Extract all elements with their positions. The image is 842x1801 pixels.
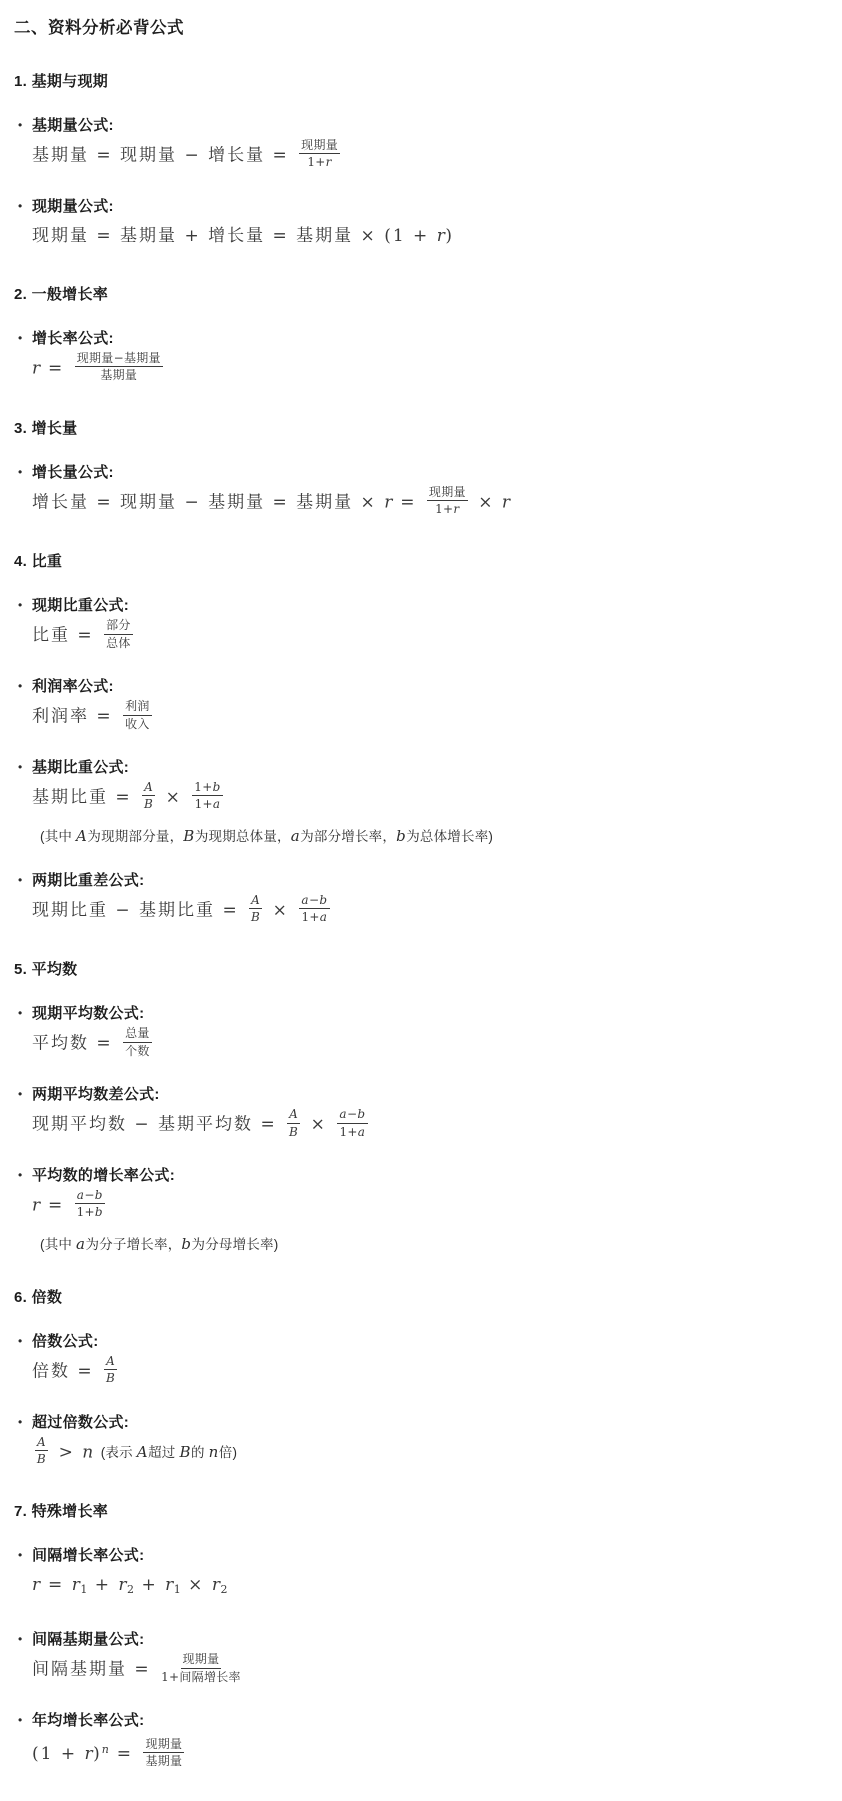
- formula-item-body: 两期平均数差公式:现期平均数 − 基期平均数 = AB × a−b1+a: [32, 1085, 822, 1141]
- math-variable: a: [291, 827, 300, 845]
- fraction-numerator: A: [287, 1107, 300, 1123]
- bullet-marker: •: [14, 1630, 32, 1649]
- fraction-numerator: 现期量: [299, 138, 340, 154]
- math-variable: r: [502, 492, 511, 512]
- math-variable: r: [32, 1575, 41, 1595]
- formula: 现期量 = 基期量 + 增长量 = 基期量 × (1 + r): [32, 221, 822, 251]
- item-label: 倍数公式:: [32, 1332, 822, 1351]
- math-subscript: 1: [174, 1583, 181, 1596]
- section-heading: 3. 增长量: [14, 417, 822, 438]
- item-label: 平均数的增长率公式:: [32, 1166, 822, 1185]
- math-variable: B: [144, 797, 153, 811]
- formula-item: •现期平均数公式:平均数 = 总量个数: [14, 1004, 822, 1060]
- formula: 间隔基期量 = 现期量1+间隔增长率: [32, 1654, 822, 1686]
- math-variable: b: [357, 1107, 365, 1121]
- math-variable: B: [251, 910, 260, 924]
- formula-item: •倍数公式:倍数 = AB: [14, 1332, 822, 1388]
- formula-item: •基期量公式:基期量 = 现期量 − 增长量 = 现期量1+r: [14, 116, 822, 172]
- fraction-numerator: A: [35, 1435, 48, 1451]
- math-variable: r: [118, 1575, 127, 1595]
- section: 6. 倍数•倍数公式:倍数 = AB•超过倍数公式:AB > n(表示 A超过 …: [14, 1286, 822, 1469]
- item-label: 基期比重公式:: [32, 758, 822, 777]
- item-note: (其中 A为现期部分量，B为现期总体量，a为部分增长率，b为总体增长率): [32, 827, 822, 846]
- section: 2. 一般增长率•增长率公式:r = 现期量−基期量基期量: [14, 283, 822, 385]
- section-heading: 6. 倍数: [14, 1286, 822, 1307]
- fraction-numerator: 1+b: [192, 780, 222, 796]
- formula-item: •超过倍数公式:AB > n(表示 A超过 B的 n倍): [14, 1413, 822, 1469]
- math-text: 利润率 =: [32, 707, 120, 727]
- formula: 倍数 = AB: [32, 1356, 822, 1388]
- fraction-numerator: A: [104, 1354, 117, 1370]
- formula-item-body: 间隔增长率公式:r = r1 + r2 + r1 × r2: [32, 1546, 822, 1605]
- fraction-numerator: 现期量: [143, 1737, 184, 1753]
- math-text: × r: [471, 492, 511, 512]
- item-label: 利润率公式:: [32, 677, 822, 696]
- formula-item-body: 倍数公式:倍数 = AB: [32, 1332, 822, 1388]
- math-text: r =: [32, 358, 72, 378]
- fraction: 部分总体: [104, 618, 133, 650]
- math-text: r =: [32, 1195, 72, 1215]
- section: 3. 增长量•增长量公式:增长量 = 现期量 − 基期量 = 基期量 × r =…: [14, 417, 822, 519]
- formula-item-body: 年均增长率公式:(1 + r)n = 现期量基期量: [32, 1711, 822, 1770]
- fraction-denominator: 总体: [106, 635, 131, 650]
- formula-item: •增长量公式:增长量 = 现期量 − 基期量 = 基期量 × r = 现期量1+…: [14, 463, 822, 519]
- fraction: 现期量基期量: [143, 1737, 184, 1769]
- item-label: 两期平均数差公式:: [32, 1085, 822, 1104]
- bullet-marker: •: [14, 758, 32, 777]
- formula-item: •间隔增长率公式:r = r1 + r2 + r1 × r2: [14, 1546, 822, 1605]
- math-variable: B: [37, 1452, 46, 1466]
- bullet-marker: •: [14, 1332, 32, 1351]
- item-label: 超过倍数公式:: [32, 1413, 822, 1432]
- formula-item: •利润率公式:利润率 = 利润收入: [14, 677, 822, 733]
- math-text: 间隔基期量 =: [32, 1660, 158, 1680]
- math-variable: a: [77, 1188, 85, 1202]
- section-heading: 5. 平均数: [14, 958, 822, 979]
- fraction-denominator: B: [289, 1124, 298, 1139]
- fraction: 现期量1+r: [299, 138, 340, 170]
- math-text: r = r: [32, 1575, 80, 1595]
- formula-item-body: 间隔基期量公式:间隔基期量 = 现期量1+间隔增长率: [32, 1630, 822, 1686]
- formula: 增长量 = 现期量 − 基期量 = 基期量 × r = 现期量1+r × r: [32, 487, 822, 519]
- fraction-denominator: 1+a: [195, 796, 221, 811]
- formula-item-body: 平均数的增长率公式:r = a−b1+b(其中 a为分子增长率，b为分母增长率): [32, 1166, 822, 1254]
- math-variable: a: [320, 910, 328, 924]
- fraction-denominator: 1+间隔增长率: [161, 1669, 241, 1684]
- math-text: ×: [158, 787, 189, 807]
- fraction: 现期量1+r: [427, 485, 468, 517]
- math-variable: A: [76, 827, 87, 845]
- formula: (1 + r)n = 现期量基期量: [32, 1735, 822, 1770]
- math-variable: n: [209, 1443, 219, 1461]
- bullet-marker: •: [14, 1004, 32, 1023]
- formula-item-body: 超过倍数公式:AB > n(表示 A超过 B的 n倍): [32, 1413, 822, 1469]
- fraction: 利润收入: [123, 699, 152, 731]
- math-variable: r: [326, 155, 332, 169]
- math-variable: A: [251, 893, 260, 907]
- fraction-denominator: 1+a: [301, 909, 327, 924]
- fraction-numerator: 现期量: [427, 485, 468, 501]
- math-variable: r: [165, 1575, 174, 1595]
- item-label: 基期量公式:: [32, 116, 822, 135]
- section-heading: 2. 一般增长率: [14, 283, 822, 304]
- fraction-denominator: 1+b: [77, 1204, 103, 1219]
- bullet-marker: •: [14, 1085, 32, 1104]
- formula-item-body: 增长量公式:增长量 = 现期量 − 基期量 = 基期量 × r = 现期量1+r…: [32, 463, 822, 519]
- math-variable: r: [437, 226, 446, 246]
- fraction-denominator: 基期量: [100, 367, 137, 382]
- fraction-numerator: 现期量: [181, 1652, 222, 1668]
- formula: r = r1 + r2 + r1 × r2: [32, 1570, 822, 1605]
- math-variable: n: [82, 1442, 93, 1462]
- math-variable: A: [289, 1107, 298, 1121]
- math-variable: a: [339, 1107, 347, 1121]
- formula-item: •间隔基期量公式:间隔基期量 = 现期量1+间隔增长率: [14, 1630, 822, 1686]
- fraction: 总量个数: [123, 1026, 152, 1058]
- bullet-marker: •: [14, 1413, 32, 1432]
- math-text: 现期量 = 基期量 + 增长量 = 基期量 × (1 + r): [32, 226, 454, 246]
- formula-item-body: 现期比重公式:比重 = 部分总体: [32, 596, 822, 652]
- math-variable: b: [213, 780, 221, 794]
- math-text: × r: [181, 1575, 221, 1595]
- bullet-marker: •: [14, 871, 32, 890]
- fraction-denominator: 1+r: [307, 154, 332, 169]
- item-label: 现期平均数公式:: [32, 1004, 822, 1023]
- formula: r = 现期量−基期量基期量: [32, 353, 822, 385]
- math-subscript: 2: [127, 1583, 134, 1596]
- item-label: 间隔基期量公式:: [32, 1630, 822, 1649]
- fraction-numerator: 总量: [123, 1026, 152, 1042]
- formula: 利润率 = 利润收入: [32, 701, 822, 733]
- fraction-denominator: B: [37, 1451, 46, 1466]
- fraction-denominator: 收入: [125, 716, 150, 731]
- math-variable: B: [179, 1443, 191, 1461]
- math-variable: a: [358, 1125, 366, 1139]
- formula-item-body: 基期量公式:基期量 = 现期量 − 增长量 = 现期量1+r: [32, 116, 822, 172]
- math-variable: b: [319, 893, 327, 907]
- math-text: 基期量 = 现期量 − 增长量 =: [32, 145, 296, 165]
- math-text: (1 + r): [32, 1744, 102, 1764]
- fraction: AB: [35, 1435, 48, 1467]
- section: 5. 平均数•现期平均数公式:平均数 = 总量个数•两期平均数差公式:现期平均数…: [14, 958, 822, 1253]
- math-variable: r: [384, 492, 393, 512]
- fraction-numerator: A: [142, 780, 155, 796]
- bullet-marker: •: [14, 677, 32, 696]
- math-variable: b: [181, 1235, 191, 1253]
- math-variable: b: [396, 827, 406, 845]
- bullet-marker: •: [14, 1711, 32, 1730]
- formula: AB > n(表示 A超过 B的 n倍): [32, 1437, 822, 1469]
- fraction-denominator: 基期量: [145, 1753, 182, 1768]
- bullet-marker: •: [14, 116, 32, 135]
- fraction: AB: [142, 780, 155, 812]
- fraction-numerator: a−b: [337, 1107, 367, 1123]
- fraction: 现期量1+间隔增长率: [161, 1652, 241, 1684]
- bullet-marker: •: [14, 1546, 32, 1565]
- math-text: =: [109, 1744, 140, 1764]
- item-label: 现期量公式:: [32, 197, 822, 216]
- formula-item-body: 现期平均数公式:平均数 = 总量个数: [32, 1004, 822, 1060]
- item-label: 年均增长率公式:: [32, 1711, 822, 1730]
- page-title: 二、资料分析必背公式: [14, 14, 822, 38]
- fraction: 现期量−基期量基期量: [75, 351, 163, 383]
- formula-item-body: 两期比重差公式:现期比重 − 基期比重 = AB × a−b1+a: [32, 871, 822, 927]
- fraction-numerator: 部分: [104, 618, 133, 634]
- formula-item-body: 增长率公式:r = 现期量−基期量基期量: [32, 329, 822, 385]
- math-variable: b: [95, 1188, 103, 1202]
- fraction: AB: [287, 1107, 300, 1139]
- formula-item: •年均增长率公式:(1 + r)n = 现期量基期量: [14, 1711, 822, 1770]
- math-variable: A: [37, 1435, 46, 1449]
- math-variable: a: [213, 797, 221, 811]
- bullet-marker: •: [14, 596, 32, 615]
- formula: 现期平均数 − 基期平均数 = AB × a−b1+a: [32, 1109, 822, 1141]
- fraction-denominator: 个数: [125, 1043, 150, 1058]
- math-text: + r: [87, 1575, 127, 1595]
- item-note: (其中 a为分子增长率，b为分母增长率): [32, 1235, 822, 1254]
- bullet-marker: •: [14, 197, 32, 216]
- math-variable: B: [183, 827, 195, 845]
- formula: 平均数 = 总量个数: [32, 1028, 822, 1060]
- formula-item: •现期比重公式:比重 = 部分总体: [14, 596, 822, 652]
- math-text: 平均数 =: [32, 1034, 120, 1054]
- math-text: 比重 =: [32, 626, 101, 646]
- section: 7. 特殊增长率•间隔增长率公式:r = r1 + r2 + r1 × r2•间…: [14, 1500, 822, 1770]
- formula-item: •平均数的增长率公式:r = a−b1+b(其中 a为分子增长率，b为分母增长率…: [14, 1166, 822, 1254]
- math-variable: B: [106, 1371, 115, 1385]
- formula-item: •现期量公式:现期量 = 基期量 + 增长量 = 基期量 × (1 + r): [14, 197, 822, 251]
- fraction-denominator: 1+r: [435, 501, 460, 516]
- math-variable: B: [289, 1125, 298, 1139]
- formula-item-body: 基期比重公式:基期比重 = AB × 1+b1+a(其中 A为现期部分量，B为现…: [32, 758, 822, 846]
- item-label: 现期比重公式:: [32, 596, 822, 615]
- math-variable: A: [144, 780, 153, 794]
- formula-item: •增长率公式:r = 现期量−基期量基期量: [14, 329, 822, 385]
- fraction-numerator: a−b: [75, 1188, 105, 1204]
- fraction: AB: [249, 893, 262, 925]
- item-label: 两期比重差公式:: [32, 871, 822, 890]
- formula-item-body: 现期量公式:现期量 = 基期量 + 增长量 = 基期量 × (1 + r): [32, 197, 822, 251]
- math-text: 现期平均数 − 基期平均数 =: [32, 1115, 284, 1135]
- fraction-numerator: a−b: [299, 893, 329, 909]
- math-variable: A: [137, 1443, 148, 1461]
- fraction-denominator: B: [144, 796, 153, 811]
- formula-item: •基期比重公式:基期比重 = AB × 1+b1+a(其中 A为现期部分量，B为…: [14, 758, 822, 846]
- fraction-numerator: 现期量−基期量: [75, 351, 163, 367]
- fraction-denominator: 1+a: [339, 1124, 365, 1139]
- math-variable: a: [76, 1235, 85, 1253]
- fraction: AB: [104, 1354, 117, 1386]
- section-heading: 4. 比重: [14, 550, 822, 571]
- formula-item: •两期比重差公式:现期比重 − 基期比重 = AB × a−b1+a: [14, 871, 822, 927]
- formula: r = a−b1+b: [32, 1190, 822, 1222]
- fraction-numerator: 利润: [123, 699, 152, 715]
- math-variable: b: [95, 1205, 103, 1219]
- fraction-denominator: B: [251, 909, 260, 924]
- fraction: 1+b1+a: [192, 780, 222, 812]
- formula-item-body: 利润率公式:利润率 = 利润收入: [32, 677, 822, 733]
- bullet-marker: •: [14, 463, 32, 482]
- fraction: a−b1+a: [299, 893, 329, 925]
- bullet-marker: •: [14, 329, 32, 348]
- math-text: + r: [134, 1575, 174, 1595]
- math-text: 增长量 = 现期量 − 基期量 = 基期量 × r =: [32, 492, 424, 512]
- formula: 比重 = 部分总体: [32, 620, 822, 652]
- formula: 现期比重 − 基期比重 = AB × a−b1+a: [32, 895, 822, 927]
- math-variable: a: [301, 893, 309, 907]
- section: 1. 基期与现期•基期量公式:基期量 = 现期量 − 增长量 = 现期量1+r•…: [14, 70, 822, 251]
- formula-item: •两期平均数差公式:现期平均数 − 基期平均数 = AB × a−b1+a: [14, 1085, 822, 1141]
- math-variable: r: [32, 358, 41, 378]
- formula: 基期比重 = AB × 1+b1+a: [32, 782, 822, 814]
- section: 4. 比重•现期比重公式:比重 = 部分总体•利润率公式:利润率 = 利润收入•…: [14, 550, 822, 926]
- inline-note: (表示 A超过 B的 n倍): [101, 1445, 238, 1460]
- math-variable: r: [453, 502, 459, 516]
- item-label: 间隔增长率公式:: [32, 1546, 822, 1565]
- math-variable: A: [106, 1354, 115, 1368]
- math-text: 现期比重 − 基期比重 =: [32, 900, 246, 920]
- section-heading: 1. 基期与现期: [14, 70, 822, 91]
- math-subscript: 2: [220, 1583, 227, 1596]
- item-label: 增长率公式:: [32, 329, 822, 348]
- item-label: 增长量公式:: [32, 463, 822, 482]
- content: 1. 基期与现期•基期量公式:基期量 = 现期量 − 增长量 = 现期量1+r•…: [14, 70, 822, 1771]
- fraction-numerator: A: [249, 893, 262, 909]
- math-text: 基期比重 =: [32, 787, 139, 807]
- section-heading: 7. 特殊增长率: [14, 1500, 822, 1521]
- bullet-marker: •: [14, 1166, 32, 1185]
- math-text: > n: [51, 1442, 94, 1462]
- math-text: 倍数 =: [32, 1361, 101, 1381]
- math-text: ×: [303, 1115, 334, 1135]
- math-variable: r: [85, 1744, 94, 1764]
- math-text: ×: [265, 900, 296, 920]
- fraction-denominator: B: [106, 1370, 115, 1385]
- document-page: 二、资料分析必背公式 1. 基期与现期•基期量公式:基期量 = 现期量 − 增长…: [0, 0, 842, 1801]
- math-variable: r: [32, 1195, 41, 1215]
- fraction: a−b1+b: [75, 1188, 105, 1220]
- formula: 基期量 = 现期量 − 增长量 = 现期量1+r: [32, 140, 822, 172]
- fraction: a−b1+a: [337, 1107, 367, 1139]
